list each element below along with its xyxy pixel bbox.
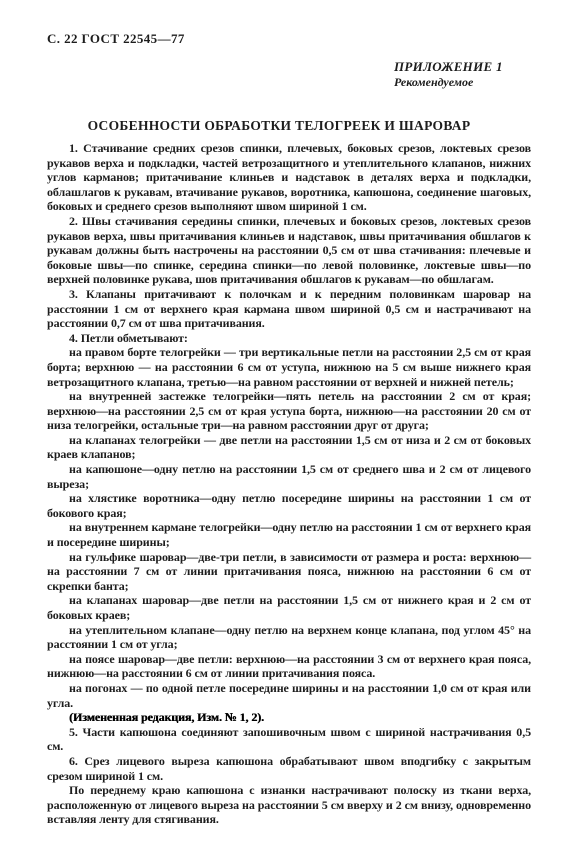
paragraph: 2. Швы стачивания середины спинки, плече… (47, 214, 531, 287)
paragraph: 3. Клапаны притачивают к полочкам и к пе… (47, 287, 531, 331)
annex-subtitle: Рекомендуемое (394, 75, 503, 89)
paragraph: на гульфике шаровар—две-три петли, в зав… (47, 550, 531, 594)
paragraph: на утеплительном клапане—одну петлю на в… (47, 623, 531, 652)
document-title: ОСОБЕННОСТИ ОБРАБОТКИ ТЕЛОГРЕЕК И ШАРОВА… (37, 118, 521, 134)
paragraph: 4. Петли обметывают: (47, 331, 531, 346)
paragraph: на поясе шаровар—две петли: верхнюю—на р… (47, 652, 531, 681)
paragraph: на внутренней застежке телогрейки—пять п… (47, 389, 531, 433)
annex-block: ПРИЛОЖЕНИЕ 1 Рекомендуемое (394, 60, 503, 89)
paragraph: на погонах — по одной петле посередине ш… (47, 681, 531, 710)
paragraph: (Измененная редакция, Изм. № 1, 2). (47, 710, 531, 725)
paragraph: 1. Стачивание средних срезов спинки, пле… (47, 141, 531, 214)
paragraph: 5. Части капюшона соединяют запошивочным… (47, 725, 531, 754)
paragraph: на капюшоне—одну петлю на расстоянии 1,5… (47, 462, 531, 491)
annex-title: ПРИЛОЖЕНИЕ 1 (394, 60, 503, 74)
paragraph: По переднему краю капюшона с изнанки нас… (47, 783, 531, 827)
running-head: С. 22 ГОСТ 22545—77 (47, 31, 185, 47)
paragraph: 6. Срез лицевого выреза капюшона обрабат… (47, 754, 531, 783)
document-page: С. 22 ГОСТ 22545—77 ПРИЛОЖЕНИЕ 1 Рекомен… (0, 0, 561, 863)
paragraph: на правом борте телогрейки — три вертика… (47, 345, 531, 389)
paragraph: на клапанах шаровар—две петли на расстоя… (47, 593, 531, 622)
document-body: 1. Стачивание средних срезов спинки, пле… (47, 141, 531, 827)
paragraph: на внутреннем кармане телогрейки—одну пе… (47, 520, 531, 549)
paragraph: на клапанах телогрейки — две петли на ра… (47, 433, 531, 462)
paragraph: на хлястике воротника—одну петлю посеред… (47, 491, 531, 520)
